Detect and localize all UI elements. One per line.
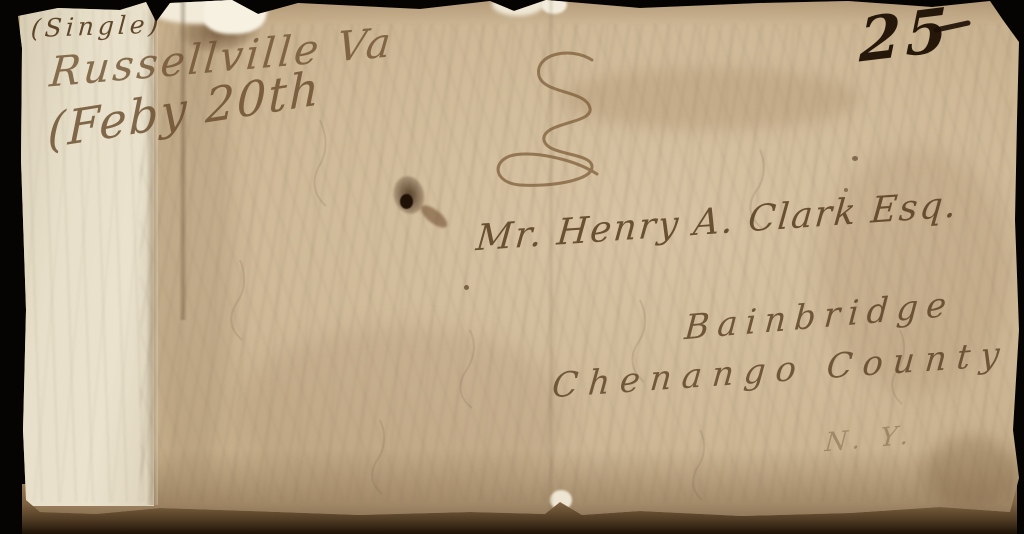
single-rate-endorsement: (Single) xyxy=(30,9,163,43)
scanned-letter-image: 3 (Single) Russellville Va (Feby 20th 25… xyxy=(0,0,1024,534)
folded-letter-cover: 3 (Single) Russellville Va (Feby 20th 25… xyxy=(0,0,1024,534)
scanner-background-left xyxy=(0,0,22,534)
scanner-background-right xyxy=(1017,0,1024,534)
postal-rate-marking: 25 xyxy=(859,0,953,77)
rate-paraph-3-flourish: 3 xyxy=(498,53,597,185)
